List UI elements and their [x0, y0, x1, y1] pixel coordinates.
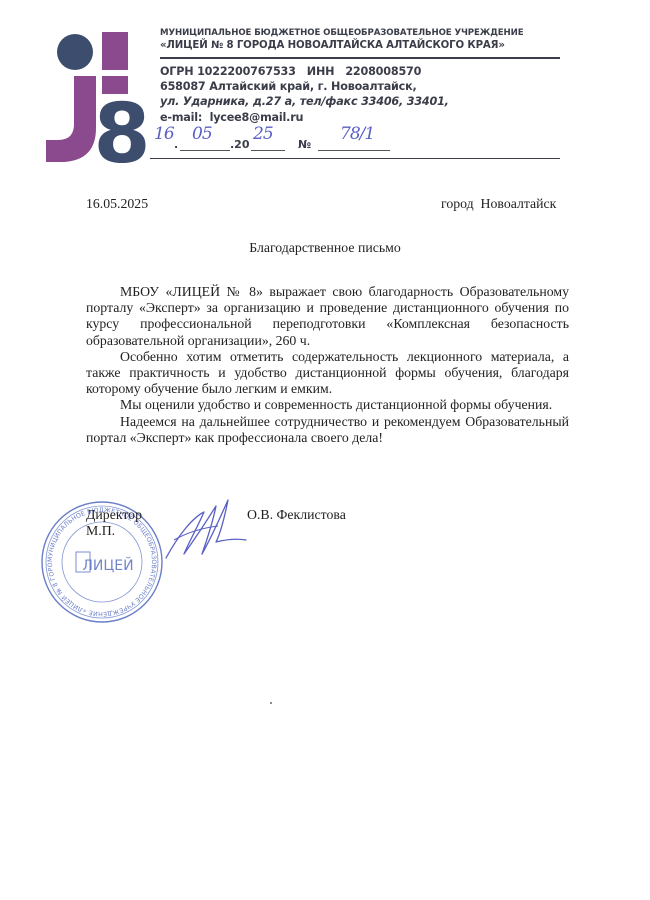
letter-title: Благодарственное письмо — [0, 240, 650, 256]
paragraph-2: Особенно хотим отметить содержательность… — [86, 349, 569, 398]
signer-role: Директор — [86, 507, 142, 523]
address-line1: 658087 Алтайский край, г. Новоалтайск, — [160, 79, 560, 94]
paragraph-3: Мы оценили удобство и современность дист… — [86, 397, 569, 413]
reg-year: 25 — [253, 124, 273, 144]
stamp-center-text: ЛИЦЕЙ — [82, 556, 133, 574]
org-name-line2: «ЛИЦЕЙ № 8 ГОРОДА НОВОАЛТАЙСКА АЛТАЙСКОГ… — [160, 39, 560, 52]
scan-speck — [270, 702, 272, 704]
organization-name: МУНИЦИПАЛЬНОЕ БЮДЖЕТНОЕ ОБЩЕОБРАЗОВАТЕЛЬ… — [160, 28, 560, 52]
svg-text:8: 8 — [93, 87, 150, 168]
registration-divider — [150, 158, 560, 159]
handwritten-signature — [158, 496, 248, 564]
signer-block: Директор М.П. — [86, 507, 142, 539]
email: e-mail: lycee8@mail.ru — [160, 110, 560, 125]
lyceum-8-logo: 8 — [40, 28, 152, 168]
registration-line: 16 . 05 .20 25 № 78/1 — [150, 128, 562, 162]
letter-city: город Новоалтайск — [441, 196, 556, 212]
reg-number-label: № — [298, 138, 311, 151]
letter-date: 16.05.2025 — [86, 196, 148, 212]
reg-month: 05 — [192, 124, 212, 144]
address-line2: ул. Ударника, д.27 а, тел/факс 33406, 33… — [160, 94, 560, 109]
signer-name: О.В. Феклистова — [247, 507, 346, 523]
organization-details: ОГРН 1022200767533 ИНН 2208008570 658087… — [160, 64, 560, 125]
letter-body: МБОУ «ЛИЦЕЙ № 8» выражает свою благодарн… — [86, 284, 569, 446]
paragraph-1: МБОУ «ЛИЦЕЙ № 8» выражает свою благодарн… — [86, 284, 569, 349]
paragraph-4: Надеемся на дальнейшее сотрудничество и … — [86, 414, 569, 446]
ogrn-inn: ОГРН 1022200767533 ИНН 2208008570 — [160, 64, 560, 79]
reg-number: 78/1 — [340, 124, 374, 144]
reg-year-prefix: .20 — [230, 138, 250, 151]
header-divider — [160, 57, 560, 59]
reg-dot: . — [174, 138, 178, 151]
seal-mark: М.П. — [86, 523, 142, 539]
reg-day: 16 — [154, 124, 174, 144]
org-name-line1: МУНИЦИПАЛЬНОЕ БЮДЖЕТНОЕ ОБЩЕОБРАЗОВАТЕЛЬ… — [160, 28, 560, 39]
